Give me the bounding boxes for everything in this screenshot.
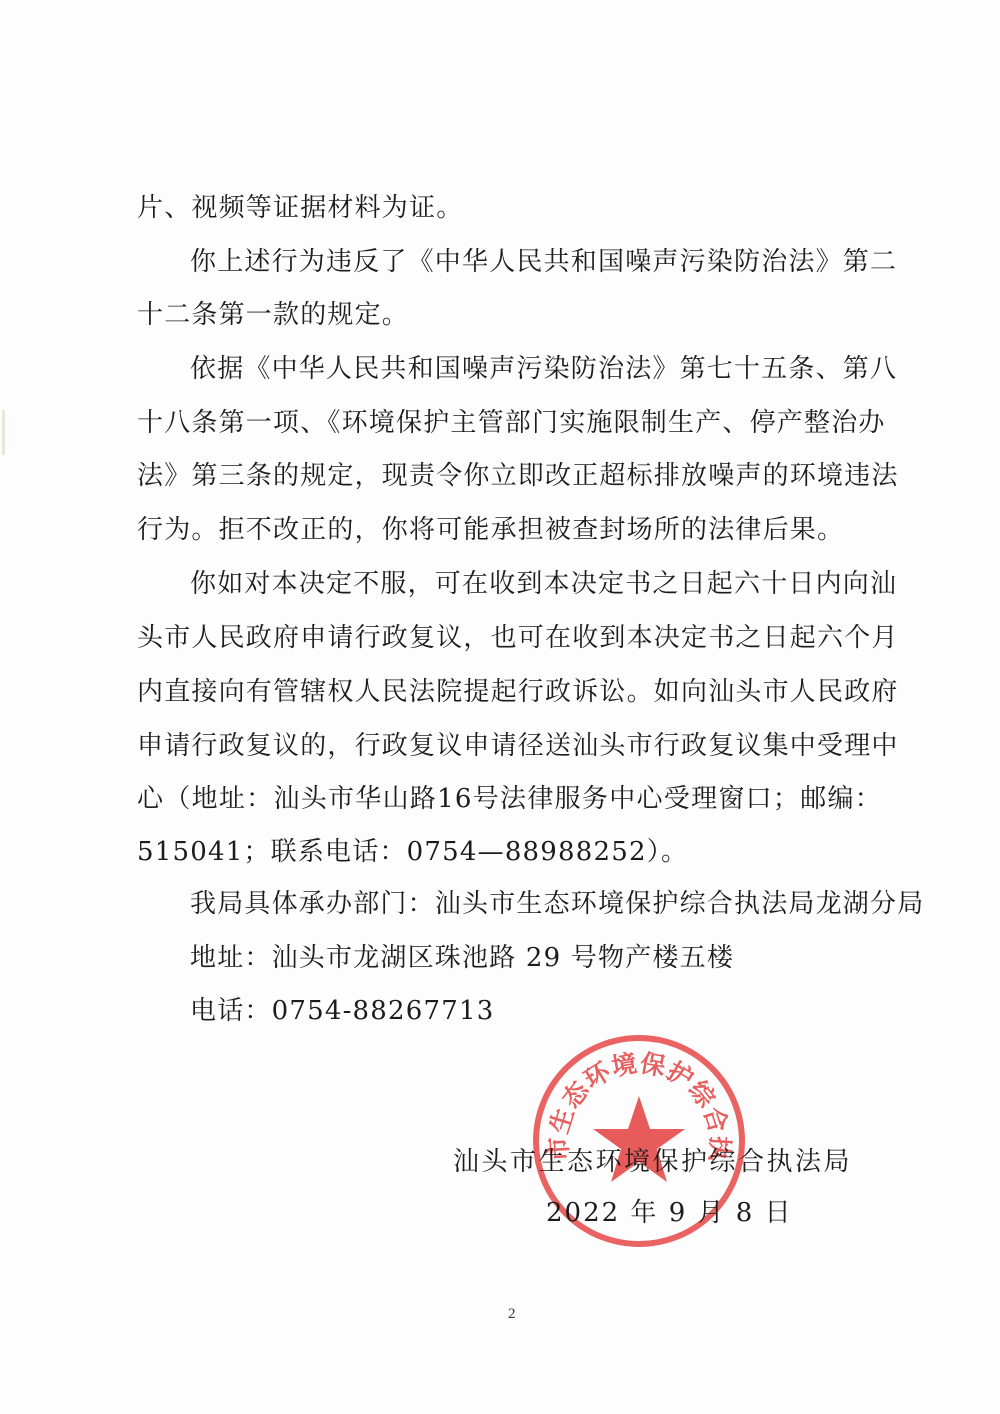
body-line-7: 行为。拒不改正的，你将可能承担被查封场所的法律后果。 [137, 514, 887, 546]
body-line-5: 十八条第一项、《环境保护主管部门实施限制生产、停产整治办 [137, 407, 882, 439]
handling-department: 我局具体承办部门：汕头市生态环境保护综合执法局龙湖分局 [190, 888, 875, 920]
body-line-13: 515041；联系电话：0754—88988252）。 [137, 836, 887, 868]
body-line-6: 法》第三条的规定，现责令你立即改正超标排放噪声的环境违法 [137, 460, 882, 492]
issuing-organization: 汕头市生态环境保护综合执法局 [453, 1146, 852, 1178]
body-line-11: 申请行政复议的，行政复议申请径送汕头市行政复议集中受理中 [137, 730, 882, 762]
body-line-4: 依据《中华人民共和国噪声污染防治法》第七十五条、第八 [190, 353, 883, 385]
body-line-1: 片、视频等证据材料为证。 [137, 192, 887, 224]
body-line-10: 内直接向有管辖权人民法院提起行政诉讼。如向汕头市人民政府 [137, 676, 882, 708]
department-phone: 电话：0754-88267713 [190, 995, 940, 1027]
body-line-3: 十二条第一款的规定。 [137, 299, 887, 331]
issue-date: 2022 年 9 月 8 日 [546, 1197, 793, 1229]
scan-artifact [2, 410, 5, 455]
body-line-9: 头市人民政府申请行政复议，也可在收到本决定书之日起六个月 [137, 622, 882, 654]
body-line-12: 心（地址：汕头市华山路16号法律服务中心受理窗口；邮编： [137, 783, 882, 815]
body-line-8: 你如对本决定不服，可在收到本决定书之日起六十日内向汕 [190, 568, 883, 600]
page-number: 2 [508, 1306, 516, 1323]
body-line-2: 你上述行为违反了《中华人民共和国噪声污染防治法》第二 [190, 246, 883, 278]
document-page: 片、视频等证据材料为证。 你上述行为违反了《中华人民共和国噪声污染防治法》第二 … [0, 0, 1000, 1414]
department-address: 地址：汕头市龙湖区珠池路 29 号物产楼五楼 [190, 942, 940, 974]
